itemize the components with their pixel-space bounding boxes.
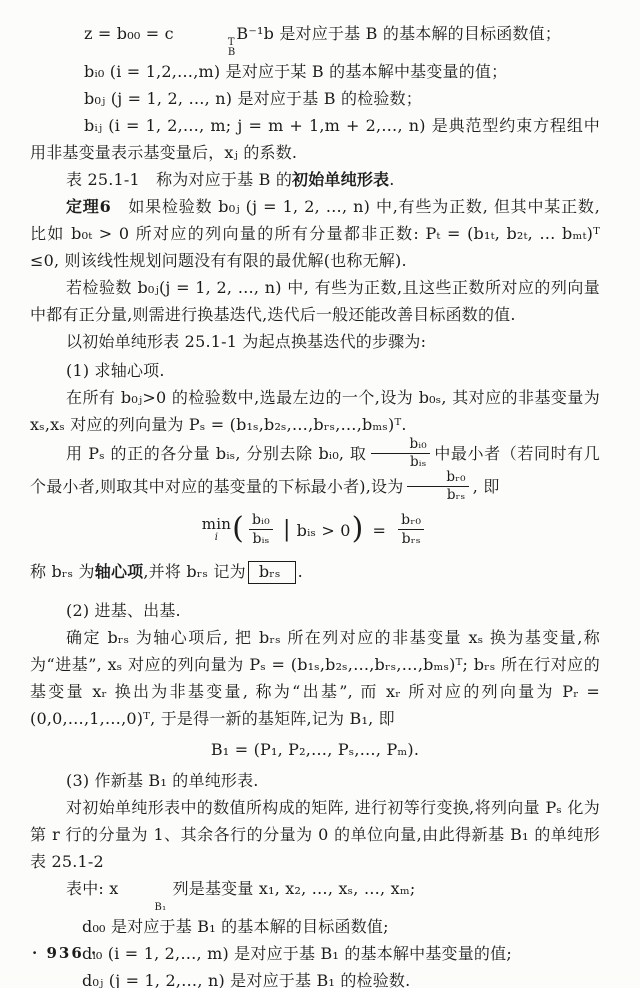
fraction-denominator: bᵢₛ — [252, 530, 269, 547]
left-parenthesis: ( — [231, 514, 245, 544]
table-ref-post: . — [389, 170, 394, 189]
pivot-text-3: . — [298, 562, 303, 581]
paragraph-entering-leaving-basis: 确定 bᵣₛ 为轴心项后, 把 bᵣₛ 所在列对应的非基变量 xₛ 换为基变量,… — [30, 624, 600, 732]
xB1-subscript: B₁ — [119, 893, 167, 913]
paragraph-positive-check-numbers: 若检验数 b₀ⱼ(j = 1, 2, …, n) 中, 有些为正数,且这些正数所… — [30, 274, 600, 328]
paragraph-select-pivot-column: 在所有 b₀ⱼ>0 的检验数中,选最左边的一个,设为 b₀ₛ, 其对应的非基变量… — [30, 384, 600, 438]
equals-sign: = — [365, 517, 395, 544]
min-operator: mini — [202, 518, 231, 544]
formula-z-pre: z = b₀₀ = c — [84, 24, 174, 43]
ratio-text-1: 用 Pₛ 的正的各分量 bᵢₛ, 分别去除 bᵢ₀, 取 — [66, 444, 367, 463]
table-ref-pre: 表 25.1-1 称为对应于基 B 的 — [66, 170, 292, 189]
paragraph-row-operations: 对初始单纯形表中的数值所构成的矩阵, 进行初等行变换,将列向量 Pₛ 化为第 r… — [30, 794, 600, 875]
theorem-6-paragraph: 定理6 如果检验数 b₀ⱼ (j = 1, 2, …, n) 中,有些为正数, … — [30, 193, 600, 274]
page-body: z = b₀₀ = cTBB⁻¹b 是对应于基 B 的基本解的目标函数值； bᵢ… — [30, 20, 600, 988]
condition-bar: | — [277, 516, 297, 543]
condition-text: bᵢₛ > 0 — [297, 517, 351, 544]
fraction-numerator: bᵢ₀ — [371, 437, 430, 454]
page-number: · 936 · — [32, 944, 98, 962]
boxed-pivot-element: bᵣₛ — [248, 561, 296, 584]
paragraph-ratio-test: 用 Pₛ 的正的各分量 bᵢₛ, 分别去除 bᵢ₀, 取bᵢ₀bᵢₛ中最小者（若… — [30, 438, 600, 504]
definition-objective-value: z = b₀₀ = cTBB⁻¹b 是对应于基 B 的基本解的目标函数值； — [30, 20, 600, 58]
right-parenthesis: ) — [351, 514, 365, 544]
c-sup-sub: TB — [174, 38, 236, 58]
fraction-numerator: bᵢ₀ — [249, 512, 273, 530]
fraction-denominator: bᵣₛ — [411, 487, 465, 503]
subscript-B1: B₁ — [119, 903, 167, 913]
definition-coefficients: bᵢⱼ (i = 1, 2,…, m; j = m + 1,m + 2,…, n… — [30, 112, 600, 166]
fraction-numerator: bᵣ₀ — [407, 470, 468, 487]
subscript-B: B — [174, 48, 236, 58]
pivot-element-sentence: 称 bᵣₛ 为轴心项,并将 bᵣₛ 记为bᵣₛ. — [30, 558, 600, 585]
step-2-heading: (2) 进基、出基. — [30, 597, 600, 624]
fraction-denominator: bᵢₛ — [374, 454, 427, 470]
superscript-T: T — [174, 38, 235, 48]
pivot-text-2: ,并将 bᵣₛ 记为 — [143, 562, 245, 581]
display-fraction-br0-brs: bᵣ₀bᵣₛ — [398, 512, 424, 547]
inline-fraction-br0-brs: bᵣ₀bᵣₛ — [407, 470, 468, 503]
new-basis-formula: B₁ = (P₁, P₂,…, Pₛ,…, Pₘ). — [30, 736, 600, 763]
definition-check-numbers: b₀ⱼ (j = 1, 2, …, n) 是对应于基 B 的检验数； — [30, 85, 600, 112]
display-fraction-bi0-bis: bᵢ₀bᵢₛ — [249, 512, 273, 547]
pivot-text-1: 称 bᵣₛ 为 — [30, 562, 95, 581]
definition-basic-variable-values: bᵢ₀ (i = 1,2,…,m) 是对应于某 B 的基本解中基变量的值； — [30, 58, 600, 85]
pivot-term: 轴心项 — [95, 562, 144, 581]
fraction-denominator: bᵣₛ — [402, 530, 421, 547]
spacer — [119, 893, 158, 903]
definition-d0j: d₀ⱼ (j = 1, 2,…, n) 是对应于基 B₁ 的检验数. — [30, 967, 600, 988]
table-note-text-1: 表中: x — [66, 879, 119, 898]
formula-z-post: B⁻¹b 是对应于基 B 的基本解的目标函数值； — [236, 24, 561, 43]
theorem-6-text: 如果检验数 b₀ⱼ (j = 1, 2, …, n) 中,有些为正数, 但其中某… — [30, 197, 600, 270]
min-word: min — [202, 518, 231, 531]
min-index: i — [215, 531, 218, 544]
theorem-6-label: 定理6 — [66, 197, 111, 216]
fraction-numerator: bᵣ₀ — [398, 512, 424, 530]
book-page: z = b₀₀ = cTBB⁻¹b 是对应于基 B 的基本解的目标函数值； bᵢ… — [0, 0, 640, 988]
table-note-text-2: 列是基变量 x₁, x₂, …, xₛ, …, xₘ; — [167, 879, 415, 898]
definition-d00: d₀₀ 是对应于基 B₁ 的基本解的目标函数值; — [30, 913, 600, 940]
step-3-heading: (3) 作新基 B₁ 的单纯形表. — [30, 767, 600, 794]
step-1-heading: (1) 求轴心项. — [30, 357, 600, 384]
definition-di0: dᵢ₀ (i = 1, 2,…, m) 是对应于基 B₁ 的基本解中基变量的值; — [30, 940, 600, 967]
ratio-text-3: , 即 — [473, 477, 500, 496]
paragraph-iteration-steps-intro: 以初始单纯形表 25.1-1 为起点换基迭代的步骤为: — [30, 328, 600, 355]
initial-simplex-table-sentence: 表 25.1-1 称为对应于基 B 的初始单纯形表. — [30, 166, 600, 193]
table-note-basis-column: 表中: x B₁ 列是基变量 x₁, x₂, …, xₛ, …, xₘ; — [30, 875, 600, 913]
min-ratio-formula: mini ( bᵢ₀bᵢₛ | bᵢₛ > 0 ) = bᵣ₀bᵣₛ — [30, 513, 600, 548]
initial-simplex-table-term: 初始单纯形表 — [292, 170, 389, 189]
inline-fraction-bi0-bis: bᵢ₀bᵢₛ — [371, 437, 430, 470]
